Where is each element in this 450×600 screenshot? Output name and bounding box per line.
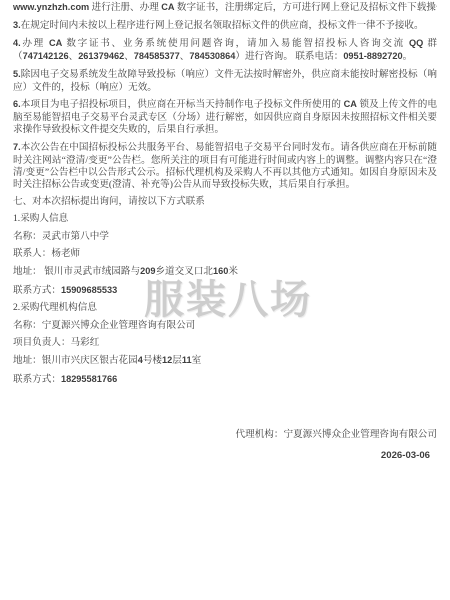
notice-paragraph-4: 4.办理 CA 数字证书、业务系统使用问题咨询，请加入易能智招投标人咨询交流 Q… <box>13 37 437 64</box>
agent-address-line: 地址：银川市兴庆区银古花园4号楼12层11室 <box>13 354 437 367</box>
purchaser-heading: 1.采购人信息 <box>13 213 437 225</box>
purchaser-name-line: 名称：灵武市第八中学 <box>13 231 437 243</box>
notice-paragraph-3: 3.在规定时间内未按以上程序进行网上登记报名领取招标文件的供应商，投标文件一律不… <box>13 19 437 32</box>
notice-paragraph-5: 5.除因电子交易系统发生故障导致投标（响应）文件无法按时解密外，供应商未能按时解… <box>13 68 437 94</box>
purchaser-info-block: 1.采购人信息 名称：灵武市第八中学 联系人：杨老师 地址： 银川市灵武市绒园路… <box>13 213 437 297</box>
agent-name-line: 名称：宁夏源兴博众企业管理咨询有限公司 <box>13 320 437 332</box>
notice-paragraph-7: 7.本次公告在中国招标投标公共服务平台、易能智招电子交易平台同时发布。请各供应商… <box>13 141 437 192</box>
purchaser-phone-line: 联系方式：15909685533 <box>13 284 437 297</box>
signature-agency-line: 代理机构：宁夏源兴博众企业管理咨询有限公司 <box>13 429 437 441</box>
purchaser-contact-person-line: 联系人：杨老师 <box>13 248 437 260</box>
document-page: 服装八场 www.ynzhzh.com 进行注册、办理 CA 数字证书，注册绑定… <box>0 0 450 600</box>
agent-phone-line: 联系方式：18295581766 <box>13 373 437 386</box>
agent-heading: 2.采购代理机构信息 <box>13 302 437 314</box>
purchaser-address-line: 地址： 银川市灵武市绒园路与209乡道交叉口北160米 <box>13 265 437 278</box>
notice-paragraph-registration: www.ynzhzh.com 进行注册、办理 CA 数字证书，注册绑定后，方可进… <box>13 1 437 14</box>
notice-paragraph-6: 6.本项目为电子招投标项目，供应商在开标当天持制作电子投标文件所使用的 CA 锁… <box>13 98 437 136</box>
agent-info-block: 2.采购代理机构信息 名称：宁夏源兴博众企业管理咨询有限公司 项目负责人：马彩红… <box>13 302 437 386</box>
signature-block: 代理机构：宁夏源兴博众企业管理咨询有限公司 2026-03-06 <box>13 429 437 462</box>
agent-project-lead-line: 项目负责人：马彩红 <box>13 337 437 349</box>
signature-date: 2026-03-06 <box>13 450 437 462</box>
contact-section-heading: 七、对本次招标提出询问，请按以下方式联系 <box>13 196 437 208</box>
